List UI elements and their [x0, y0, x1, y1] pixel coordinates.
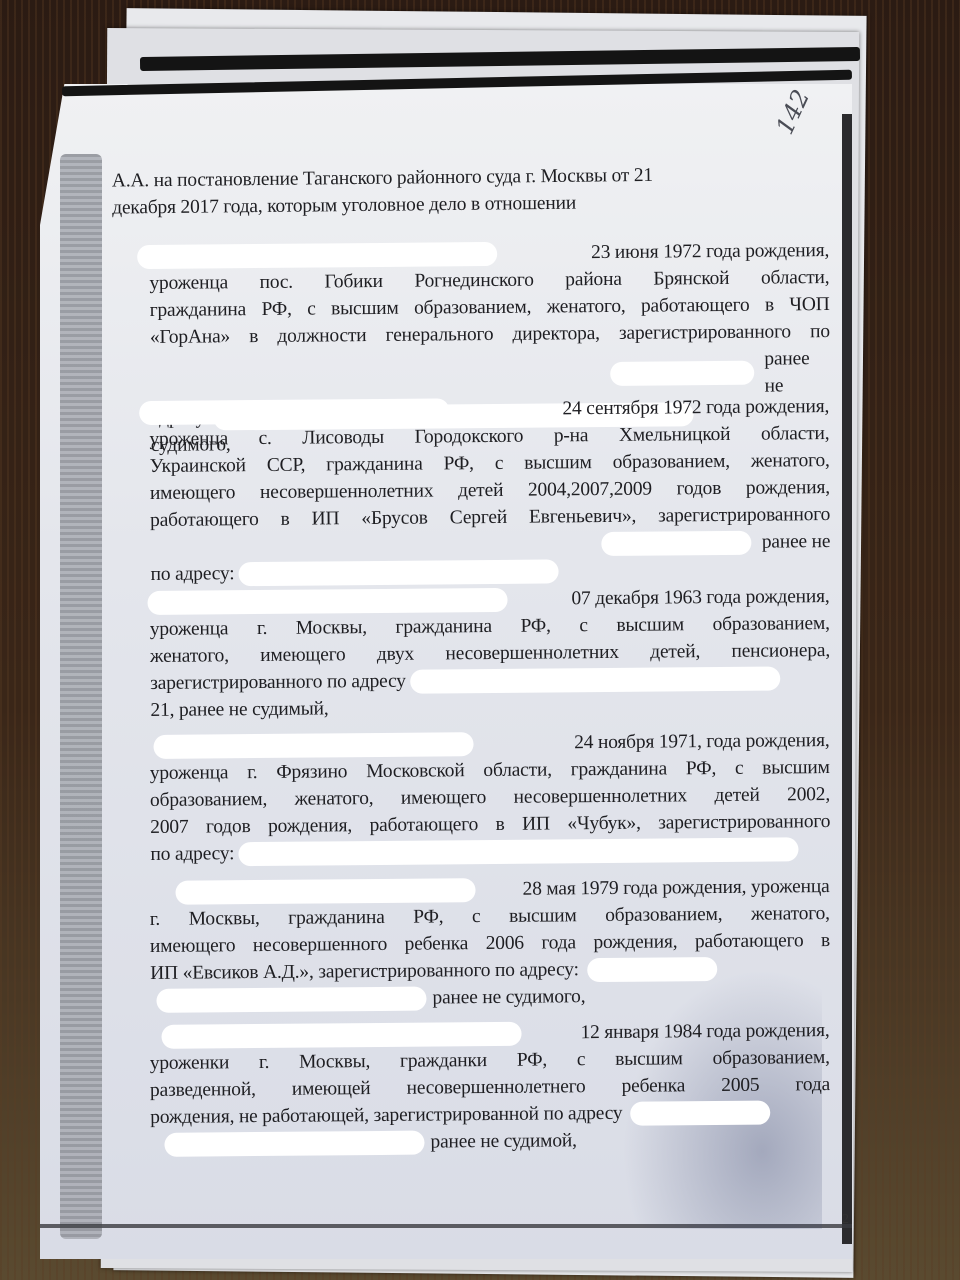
text-line: ранее не — [764, 345, 830, 400]
redacted-address — [164, 1130, 424, 1156]
redacted-name — [147, 587, 507, 614]
text-line: ранее не судимого, — [432, 983, 585, 1011]
copier-edge-stripe — [60, 154, 102, 1239]
birth-date-text: 07 декабря 1963 года рождения, — [571, 583, 829, 612]
birth-date-text: 12 января 1984 года рождения, — [580, 1017, 829, 1046]
redacted-address — [630, 1100, 770, 1125]
redacted-address — [156, 986, 426, 1012]
birth-date-text: 23 июня 1972 года рождения, — [591, 237, 829, 266]
text-line: по адресу: — [150, 840, 234, 868]
redacted-address — [601, 530, 751, 555]
redacted-address — [611, 361, 755, 386]
text-line: ранее не судимой, — [430, 1127, 577, 1155]
page-number: 2 — [842, 1212, 849, 1228]
text-line: по адресу: — [150, 560, 234, 588]
redacted-name — [137, 241, 497, 268]
person-entry: 28 мая 1979 года рождения, уроженца г. М… — [149, 873, 830, 1014]
text-line: ранее не — [762, 528, 831, 556]
redacted-address — [587, 957, 717, 982]
text-line: ИП «Евсиков А.Д.», зарегистрированного п… — [150, 956, 579, 987]
person-entry: 12 января 1984 года рождения, уроженки г… — [149, 1017, 830, 1158]
person-entry: 24 ноября 1971, года рождения, уроженца … — [149, 727, 830, 868]
text-line: зарегистрированного по адресу — [150, 668, 406, 697]
person-entry: 07 декабря 1963 года рождения, уроженца … — [149, 583, 830, 724]
redacted-name — [153, 732, 473, 759]
redacted-name — [175, 878, 475, 905]
redacted-address — [238, 559, 558, 586]
redacted-address — [410, 666, 780, 693]
copier-edge-stripe — [842, 114, 852, 1244]
redacted-name — [139, 398, 449, 425]
text-line: рождения, не работающей, зарегистрирован… — [150, 1100, 622, 1131]
redacted-address — [238, 837, 798, 866]
intro-paragraph: А.А. на постановление Таганского районно… — [112, 160, 793, 221]
birth-date-text: 24 сентября 1972 года рождения, — [562, 393, 829, 422]
birth-date-text: 28 мая 1979 года рождения, уроженца — [522, 873, 829, 903]
person-entry: 24 сентября 1972 года рождения, уроженца… — [149, 393, 831, 615]
birth-date-text: 24 ноября 1971, года рождения, — [574, 727, 830, 756]
redacted-name — [161, 1021, 521, 1048]
